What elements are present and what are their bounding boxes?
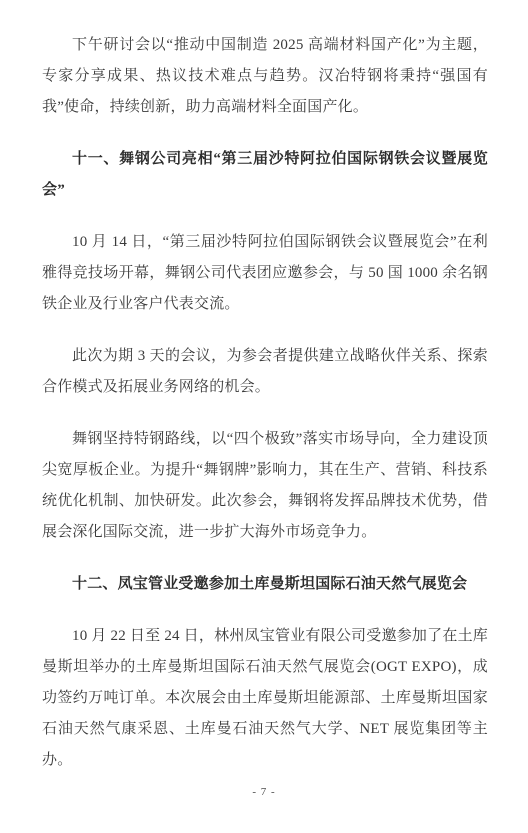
- page-number: - 7 -: [0, 784, 528, 800]
- body-paragraph: 10 月 14 日，“第三届沙特阿拉伯国际钢铁会议暨展览会”在利雅得竞技场开幕，…: [42, 227, 488, 320]
- body-paragraph: 10 月 22 日至 24 日，林州凤宝管业有限公司受邀参加了在土库曼斯坦举办的…: [42, 621, 488, 776]
- document-content: 下午研讨会以“推动中国制造 2025 高端材料国产化”为主题，专家分享成果、热议…: [0, 0, 528, 776]
- document-page: 下午研讨会以“推动中国制造 2025 高端材料国产化”为主题，专家分享成果、热议…: [0, 0, 528, 833]
- section-heading-11: 十一、舞钢公司亮相“第三届沙特阿拉伯国际钢铁会议暨展览会”: [42, 144, 488, 206]
- section-heading-12: 十二、凤宝管业受邀参加土库曼斯坦国际石油天然气展览会: [42, 569, 488, 600]
- body-paragraph: 此次为期 3 天的会议，为参会者提供建立战略伙伴关系、探索合作模式及拓展业务网络…: [42, 341, 488, 403]
- body-paragraph: 舞钢坚持特钢路线，以“四个极致”落实市场导向，全力建设顶尖宽厚板企业。为提升“舞…: [42, 424, 488, 548]
- body-paragraph: 下午研讨会以“推动中国制造 2025 高端材料国产化”为主题，专家分享成果、热议…: [42, 30, 488, 123]
